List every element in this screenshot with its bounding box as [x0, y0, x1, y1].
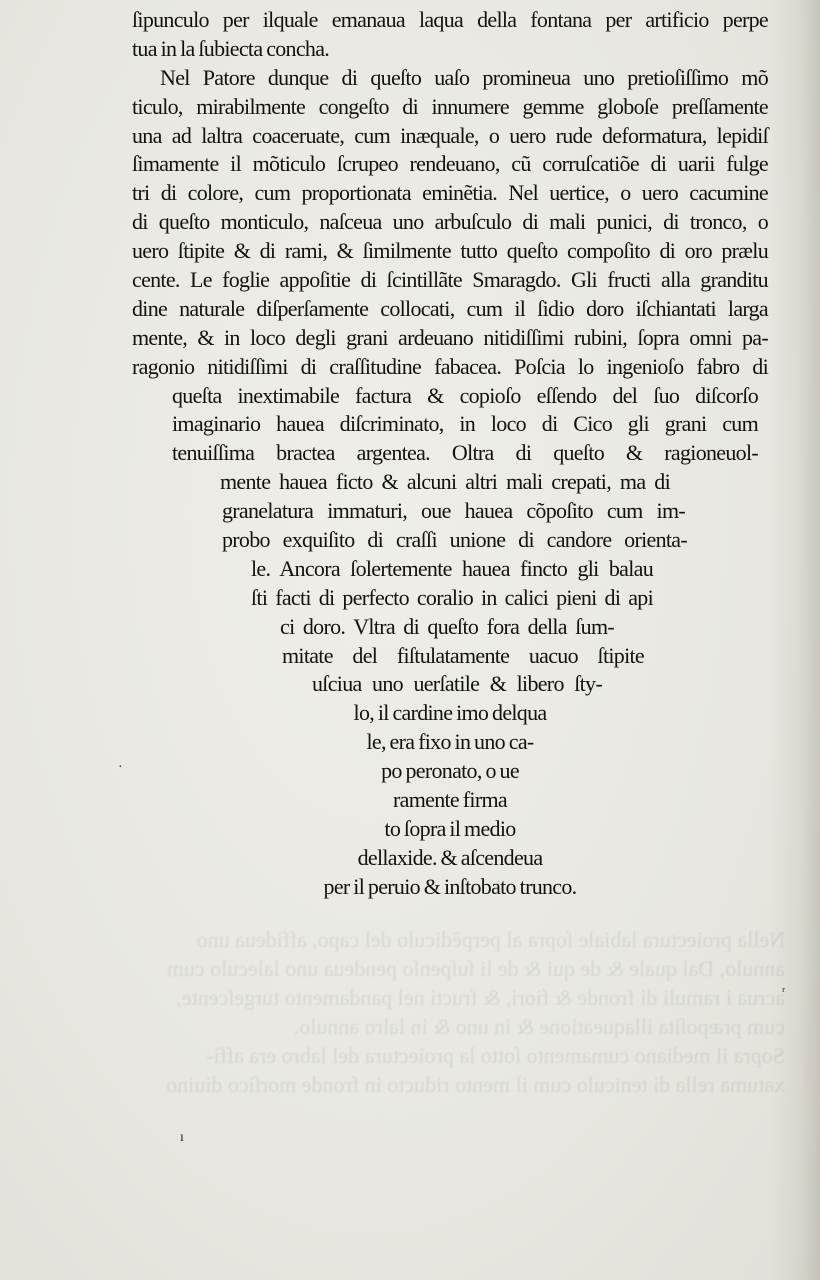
text-line-23: mitate del fiſtulatamente uacuo ſtipite	[282, 642, 644, 671]
text-line-25: lo, il cardine imo delqua	[132, 699, 768, 728]
stray-ink-mark: ʳ	[782, 985, 785, 1001]
text-line-3: Nel Patore dunque di queſto uaſo promine…	[132, 64, 768, 93]
text-line-12: mente, & in loco degli grani ardeuano ni…	[132, 324, 768, 353]
show-through-line: annulo, Dal quale & de qui & de li ſuſpe…	[245, 954, 785, 983]
text-line-24: uſciua uno uerſatile & libero ſty-	[312, 670, 602, 699]
scanned-book-page: Nella proiectura labiale ſopra al perpẽd…	[0, 0, 820, 1280]
text-line-27: po peronato, o ue	[132, 757, 768, 786]
text-line-10: cente. Le foglie appoſitie di ſcintillãt…	[132, 266, 768, 295]
text-line-18: granelatura immaturi, oue hauea cõpoſito…	[222, 497, 685, 526]
text-line-19: probo exquiſito di craſſi unione di cand…	[222, 526, 687, 555]
text-line-1: ſipunculo per ilquale emanaua laqua dell…	[132, 6, 768, 35]
text-line-30: dellaxide. & aſcendeua	[132, 844, 768, 873]
text-line-28: ramente firma	[132, 786, 768, 815]
text-line-13: ragonio nitidiſſimi di craſſitudine faba…	[132, 353, 768, 382]
text-line-16: tenuiſſima bractea argentea. Oltra di qu…	[172, 439, 758, 468]
text-line-26: le, era fixo in uno ca-	[132, 728, 768, 757]
stray-ink-mark: ·	[118, 760, 123, 776]
text-line-17: mente hauea ficto & alcuni altri mali cr…	[220, 468, 670, 497]
text-line-4: ticulo, mirabilmente congeſto di innumer…	[132, 93, 768, 122]
show-through-text: Nella proiectura labiale ſopra al perpẽd…	[245, 925, 785, 1099]
text-line-22: ci doro. Vltra di queſto fora della ſum-	[280, 613, 614, 642]
text-line-5: una ad laltra coaceruate, cum inæquale, …	[132, 122, 768, 151]
text-line-8: di queſto monticulo, naſceua uno arbuſcu…	[132, 208, 768, 237]
text-line-20: le. Ancora ſolertemente hauea fincto gli…	[251, 555, 653, 584]
show-through-line: Nella proiectura labiale ſopra al perpẽd…	[245, 925, 785, 954]
text-line-9: uero ſtipite & di rami, & ſimilmente tut…	[132, 237, 768, 266]
show-through-line: acrua i ramuli di fronde & fiori, & fruc…	[245, 983, 785, 1012]
text-line-15: imaginario hauea diſcriminato, in loco d…	[172, 410, 758, 439]
text-line-31: per il peruio & inſtobato trunco.	[132, 873, 768, 902]
text-line-11: dine naturale diſperſamente collocati, c…	[132, 295, 768, 324]
stray-ink-mark: ı	[180, 1130, 184, 1146]
show-through-line: Sopra il mediano cumamento ſotto la proi…	[245, 1041, 785, 1070]
text-line-21: ſti facti di perfecto coralio in calici …	[251, 584, 653, 613]
text-line-7: tri di colore, cum proportionata eminẽti…	[132, 179, 768, 208]
body-text: ſipunculo per ilquale emanaua laqua dell…	[132, 6, 768, 902]
text-line-6: ſimamente il mõticulo ſcrupeo rendeuano,…	[132, 150, 768, 179]
text-line-29: to ſopra il medio	[132, 815, 768, 844]
show-through-line: xatuma rella di teniculo cum il mento ri…	[245, 1070, 785, 1099]
text-line-2: tua in la ſubiecta concha.	[132, 35, 768, 64]
show-through-line: cum præpoſita illaqueatione & in uno & i…	[245, 1012, 785, 1041]
text-line-14: queſta inextimabile factura & copioſo eſ…	[172, 382, 758, 411]
